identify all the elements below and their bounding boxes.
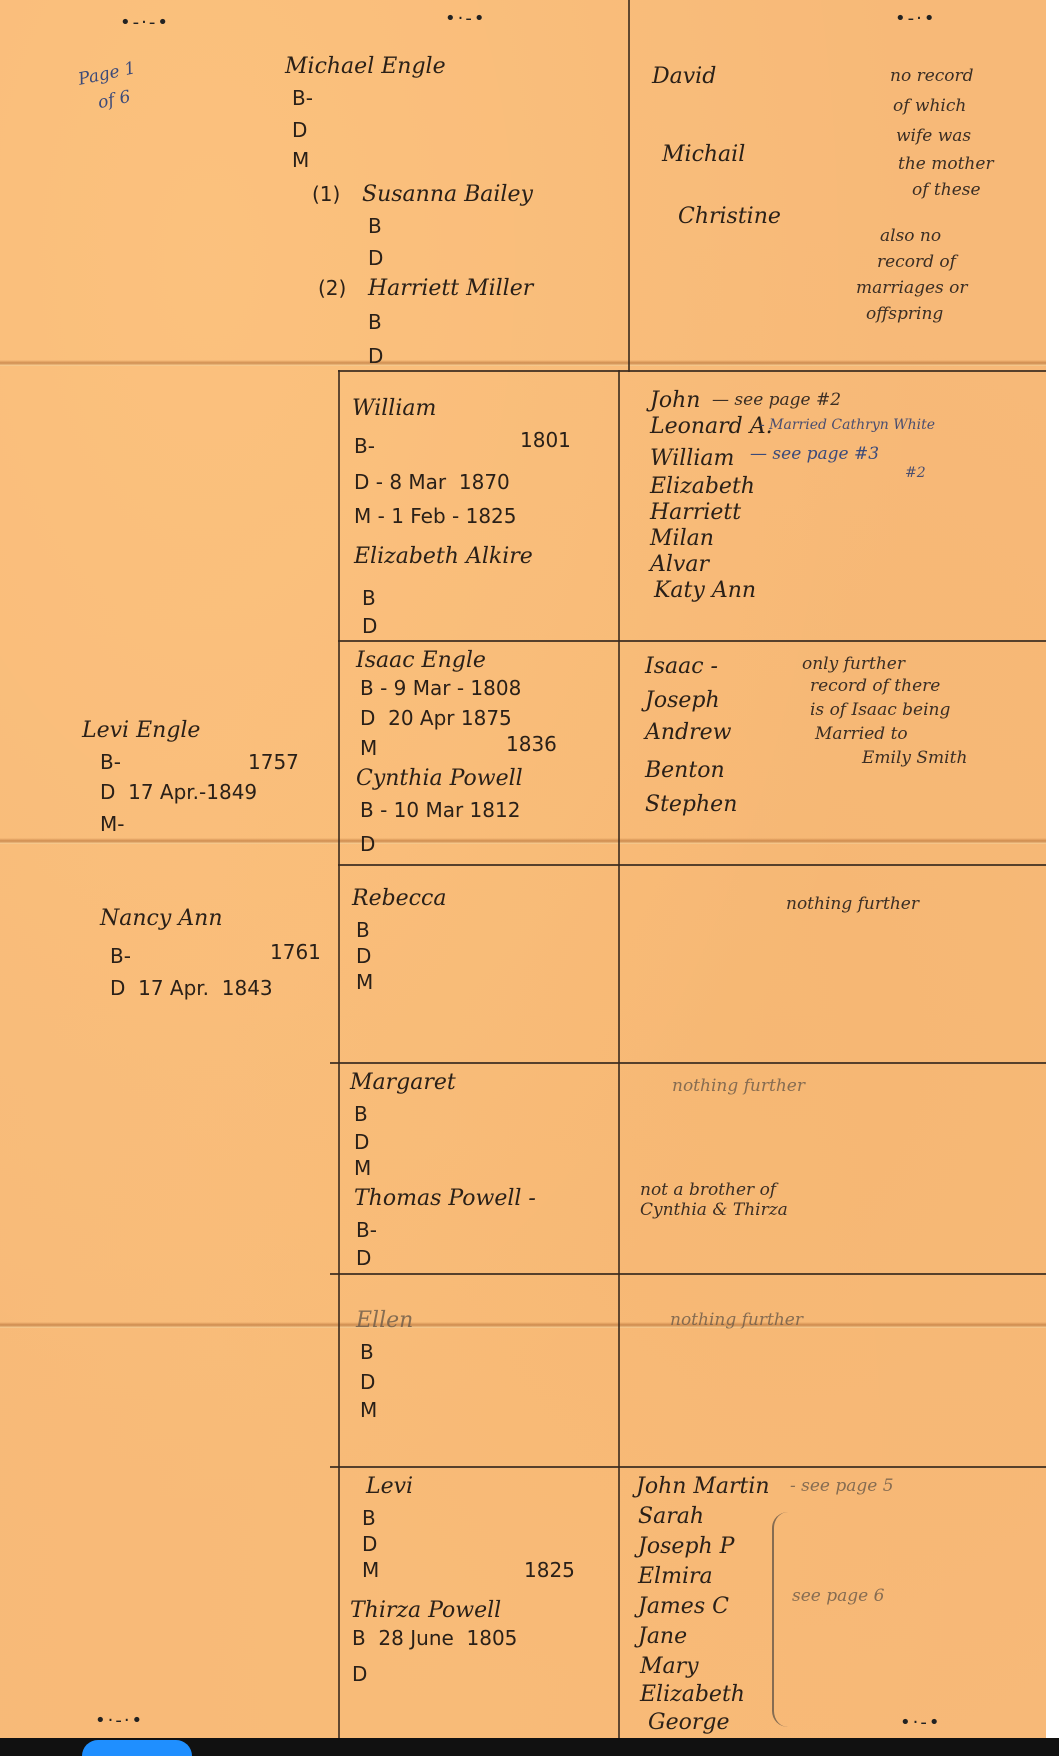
offspring-name: Joseph P — [638, 1536, 734, 1558]
offspring-name: Elizabeth — [650, 476, 755, 498]
birth-field: B- — [110, 946, 131, 966]
row-divider — [338, 864, 1046, 866]
death-field: D — [368, 346, 383, 366]
note-line: offspring — [866, 306, 943, 323]
marriage-field: M — [356, 972, 373, 992]
brace-bracket — [772, 1512, 788, 1727]
offspring-name: Elmira — [638, 1566, 713, 1588]
offspring-name: Milan — [650, 528, 714, 550]
offspring-name: Sarah — [638, 1506, 704, 1528]
scan-background — [0, 1738, 1059, 1756]
death-field: D 17 Apr.-1849 — [100, 782, 257, 802]
birth-field: B- — [292, 88, 313, 108]
offspring-note: - see page 5 — [790, 1478, 894, 1495]
offspring-name: Stephen — [645, 794, 737, 816]
offspring-note: - Married Cathryn White — [760, 418, 935, 432]
spouse-note: not a brother of — [640, 1182, 776, 1199]
death-field: D — [362, 616, 377, 636]
child-name: Ellen — [356, 1310, 413, 1332]
offspring-name: Mary — [640, 1656, 699, 1678]
marriage-field: M- — [100, 814, 124, 834]
child-name: William — [352, 398, 436, 420]
birth-field: B- — [356, 1220, 377, 1240]
note-line: Married to — [815, 726, 908, 743]
offspring-name: Benton — [645, 760, 725, 782]
birth-field: B — [362, 1508, 376, 1528]
document-page: •-·-• •·-• •-·• •·-·• •·-• Page 1 of 6 M… — [0, 0, 1046, 1740]
offspring-name: Christine — [678, 206, 781, 228]
row-divider — [338, 640, 1046, 642]
offspring-name: Katy Ann — [654, 580, 756, 602]
spouse-name: Cynthia Powell — [356, 768, 523, 790]
spouse-name: Elizabeth Alkire — [354, 546, 533, 568]
spouse-name: Susanna Bailey — [362, 184, 533, 206]
column-divider — [338, 370, 340, 1740]
note-line: also no — [880, 228, 941, 245]
birth-field: B — [360, 1342, 374, 1362]
note-line: Emily Smith — [862, 750, 967, 767]
offspring-name: John Martin — [636, 1476, 770, 1498]
grandparent-name: Nancy Ann — [100, 908, 223, 930]
offspring-name: Andrew — [645, 722, 732, 744]
birth-field: B- — [100, 752, 121, 772]
birth-field: B — [356, 920, 370, 940]
spouse-name: Thirza Powell — [350, 1600, 501, 1622]
spouse-death: D — [360, 834, 375, 854]
note-line: nothing further — [786, 896, 919, 913]
column-divider — [628, 0, 630, 372]
offspring-note: — see page #2 — [712, 392, 841, 409]
child-name: Margaret — [350, 1072, 456, 1094]
offspring-name: James C — [638, 1596, 729, 1618]
offspring-name: George — [648, 1712, 729, 1734]
note-line: nothing further — [672, 1078, 805, 1095]
birth-year: 1761 — [270, 942, 321, 962]
death-field: D - 8 Mar 1870 — [354, 472, 510, 492]
child-name: Isaac Engle — [356, 650, 486, 672]
offspring-name: William — [650, 448, 734, 470]
marriage-field: M — [360, 1400, 377, 1420]
birth-field: B — [368, 312, 382, 332]
offspring-name: Leonard A. — [650, 416, 773, 438]
staple-marks: •·-• — [445, 8, 486, 29]
marriage-field: M - 1 Feb - 1825 — [354, 506, 517, 526]
death-field: D — [356, 1248, 371, 1268]
offspring-name: Alvar — [650, 554, 709, 576]
spouse-number: (1) — [312, 184, 340, 204]
offspring-name: Joseph — [645, 690, 720, 712]
note-line: the mother — [898, 156, 994, 173]
row-divider — [330, 1062, 1046, 1064]
staple-marks: •-·• — [895, 8, 936, 29]
note-line: no record — [890, 68, 974, 85]
spouse-note: Cynthia & Thirza — [640, 1202, 788, 1219]
page-number-note: of 6 — [97, 89, 133, 112]
paper-fold — [0, 360, 1046, 366]
spouse-name: Harriett Miller — [368, 278, 533, 300]
note-line: marriages or — [856, 280, 968, 297]
spouse-number: (2) — [318, 278, 346, 298]
death-field: D — [368, 248, 383, 268]
death-field: D — [292, 120, 307, 140]
offspring-name: Harriett — [650, 502, 741, 524]
spouse-death: D — [352, 1664, 367, 1684]
death-field: D — [362, 1534, 377, 1554]
note-line: record of — [877, 254, 956, 271]
offspring-note: — see page #3 — [750, 446, 879, 463]
scan-background-tab — [82, 1740, 192, 1756]
spouse-birth: B - 10 Mar 1812 — [360, 800, 520, 820]
spouse-birth: B 28 June 1805 — [352, 1628, 517, 1648]
birth-field: B — [354, 1104, 368, 1124]
staple-marks: •-·-• — [120, 12, 170, 33]
offspring-name: Michail — [662, 144, 745, 166]
death-field: D 20 Apr 1875 — [360, 708, 512, 728]
offspring-name: John — [650, 390, 700, 412]
note-line: of which — [893, 98, 966, 115]
staple-marks: •·-·• — [95, 1710, 144, 1731]
paper-fold — [0, 1322, 1046, 1328]
marriage-year: 1836 — [506, 734, 557, 754]
note-line: record of there — [810, 678, 940, 695]
child-name: Michael Engle — [285, 56, 446, 78]
offspring-subnote: #2 — [905, 466, 926, 480]
staple-marks: •·-• — [900, 1712, 941, 1733]
column-divider — [618, 370, 620, 1740]
death-field: D 17 Apr. 1843 — [110, 978, 273, 998]
birth-field: B - 9 Mar - 1808 — [360, 678, 521, 698]
note-line: nothing further — [670, 1312, 803, 1329]
page-number-note: Page 1 — [77, 60, 137, 89]
death-field: D — [360, 1372, 375, 1392]
bracket-note: see page 6 — [792, 1588, 884, 1605]
note-line: wife was — [896, 128, 971, 145]
child-name: Levi — [366, 1476, 413, 1498]
child-name: Rebecca — [352, 888, 446, 910]
marriage-field: M — [360, 738, 377, 758]
death-field: D — [356, 946, 371, 966]
birth-field: B- — [354, 436, 375, 456]
spouse-name: Thomas Powell - — [354, 1188, 536, 1210]
death-field: D — [354, 1132, 369, 1152]
birth-field: B — [362, 588, 376, 608]
note-line: is of Isaac being — [810, 702, 950, 719]
birth-field: B — [368, 216, 382, 236]
offspring-name: David — [652, 66, 716, 88]
birth-year: 1757 — [248, 752, 299, 772]
marriage-field: M — [292, 150, 309, 170]
marriage-field: M — [362, 1560, 379, 1580]
grandparent-name: Levi Engle — [82, 720, 200, 742]
offspring-name: Elizabeth — [640, 1684, 745, 1706]
offspring-name: Jane — [638, 1626, 687, 1648]
note-line: of these — [912, 182, 981, 199]
offspring-name: Isaac - — [645, 656, 718, 678]
row-divider — [338, 370, 1046, 372]
marriage-field: M — [354, 1158, 371, 1178]
note-line: only further — [802, 656, 905, 673]
row-divider — [330, 1466, 1046, 1468]
birth-date: 1801 — [520, 430, 571, 450]
paper-fold — [0, 838, 1046, 844]
marriage-year: 1825 — [524, 1560, 575, 1580]
row-divider — [330, 1273, 1046, 1275]
